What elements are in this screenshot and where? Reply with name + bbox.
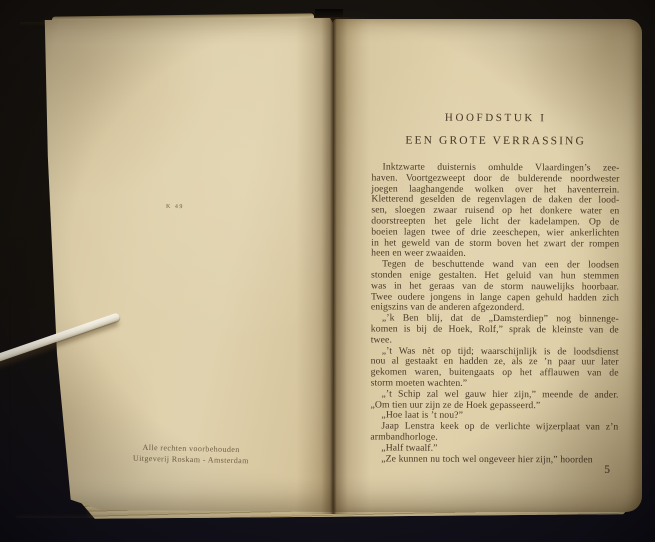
right-page-text-column: HOOFDSTUK I EEN GROTE VERRASSING Inktzwa… [370,111,620,465]
chapter-heading: HOOFDSTUK I [372,111,620,124]
publisher-imprint: Alle rechten voorbehouden Uitgeverij Ros… [96,441,286,467]
paragraph: „’k Ben blij, dat de „Damsterdiep” nog b… [371,314,619,347]
paragraph: Inktzwarte duisternis omhulde Vlaardinge… [371,162,619,260]
paragraph: „’t Schip zal wel gauw hier zijn,” meend… [370,389,618,412]
paragraph: „Ze kunnen nu toch wel ongeveer hier zij… [370,454,618,466]
paragraph: „’t Was nèt op tijd; waarschijnlijk is d… [371,346,619,390]
paragraph: Jaap Lenstra keek op de verlichte wijzer… [370,422,618,445]
chapter-title: EEN GROTE VERRASSING [372,134,620,147]
photo-background: 5 K 49 Alle rechten voorbehouden Uitgeve… [0,0,655,542]
paragraph: Tegen de beschuttende wand van een der l… [371,260,619,315]
signature-mark: K 49 [166,204,184,210]
left-page [28,18,333,512]
text-line: komen is bij de Hoek, Rolf,” sprak de kl… [371,324,619,336]
body-text: Inktzwarte duisternis omhulde Vlaardinge… [370,162,619,465]
text-line: „Ze kunnen nu toch wel ongeveer hier zij… [370,454,618,466]
